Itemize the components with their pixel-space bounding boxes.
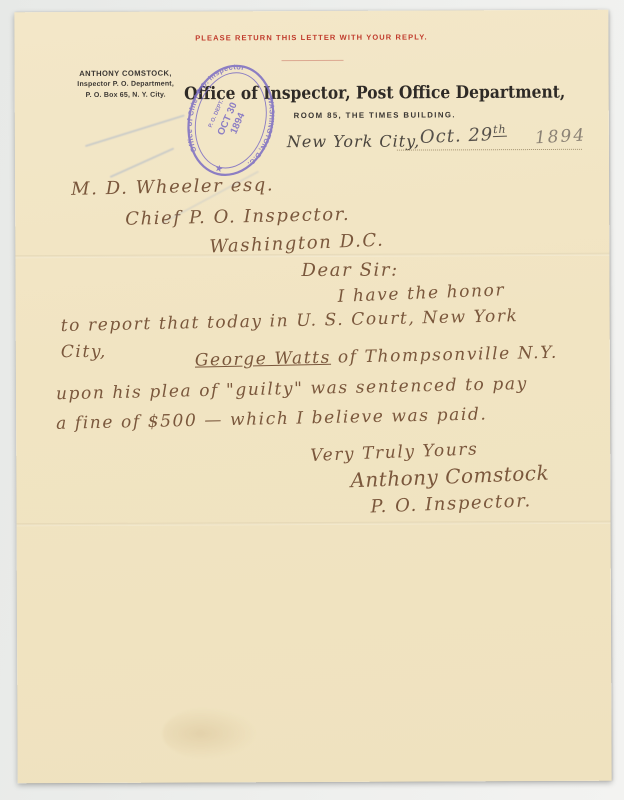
dateline-day-suffix: th	[493, 123, 507, 138]
defendant-origin: of Thompsonville N.Y.	[331, 343, 558, 368]
stamp-star-icon: ★	[213, 163, 224, 176]
stamp-arc-right-text: WASHINGTON, D.C.	[245, 94, 281, 170]
fold-crease-upper	[15, 253, 609, 259]
dateline-year: 1894	[534, 125, 586, 148]
signature-title: P. O. Inspector.	[370, 490, 532, 517]
paper-stain	[162, 707, 257, 759]
salutation: Dear Sir:	[301, 260, 398, 281]
body-line-5: a fine of $500 — which I believe was pai…	[56, 404, 488, 433]
body-line-watts: George Watts of Thompsonville N.Y.	[195, 343, 558, 371]
body-line-1: I have the honor	[337, 280, 505, 307]
body-line-2: to report that today in U. S. Court, New…	[61, 306, 519, 336]
dateline-dotted-rule	[397, 149, 582, 151]
svg-text:WASHINGTON, D.C.: WASHINGTON, D.C.	[245, 94, 281, 170]
dateline-city: New York City,	[287, 132, 420, 152]
defendant-name: George Watts	[195, 348, 331, 371]
letter-page: PLEASE RETURN THIS LETTER WITH YOUR REPL…	[14, 10, 611, 784]
dateline-day: Oct. 29th	[419, 123, 507, 148]
recipient-title: Chief P. O. Inspector.	[125, 204, 350, 230]
received-stamp: Office of Chief P.O. Inspector WASHINGTO…	[164, 51, 297, 190]
return-notice: PLEASE RETURN THIS LETTER WITH YOUR REPL…	[14, 32, 608, 44]
body-line-3: City,	[61, 342, 107, 362]
closing-line: Very Truly Yours	[310, 439, 479, 466]
fold-crease-lower	[17, 521, 611, 527]
signature: Anthony Comstock	[350, 461, 550, 493]
body-line-4: upon his plea of "guilty" was sentenced …	[56, 374, 528, 404]
dateline-day-text: Oct. 29	[420, 124, 494, 148]
